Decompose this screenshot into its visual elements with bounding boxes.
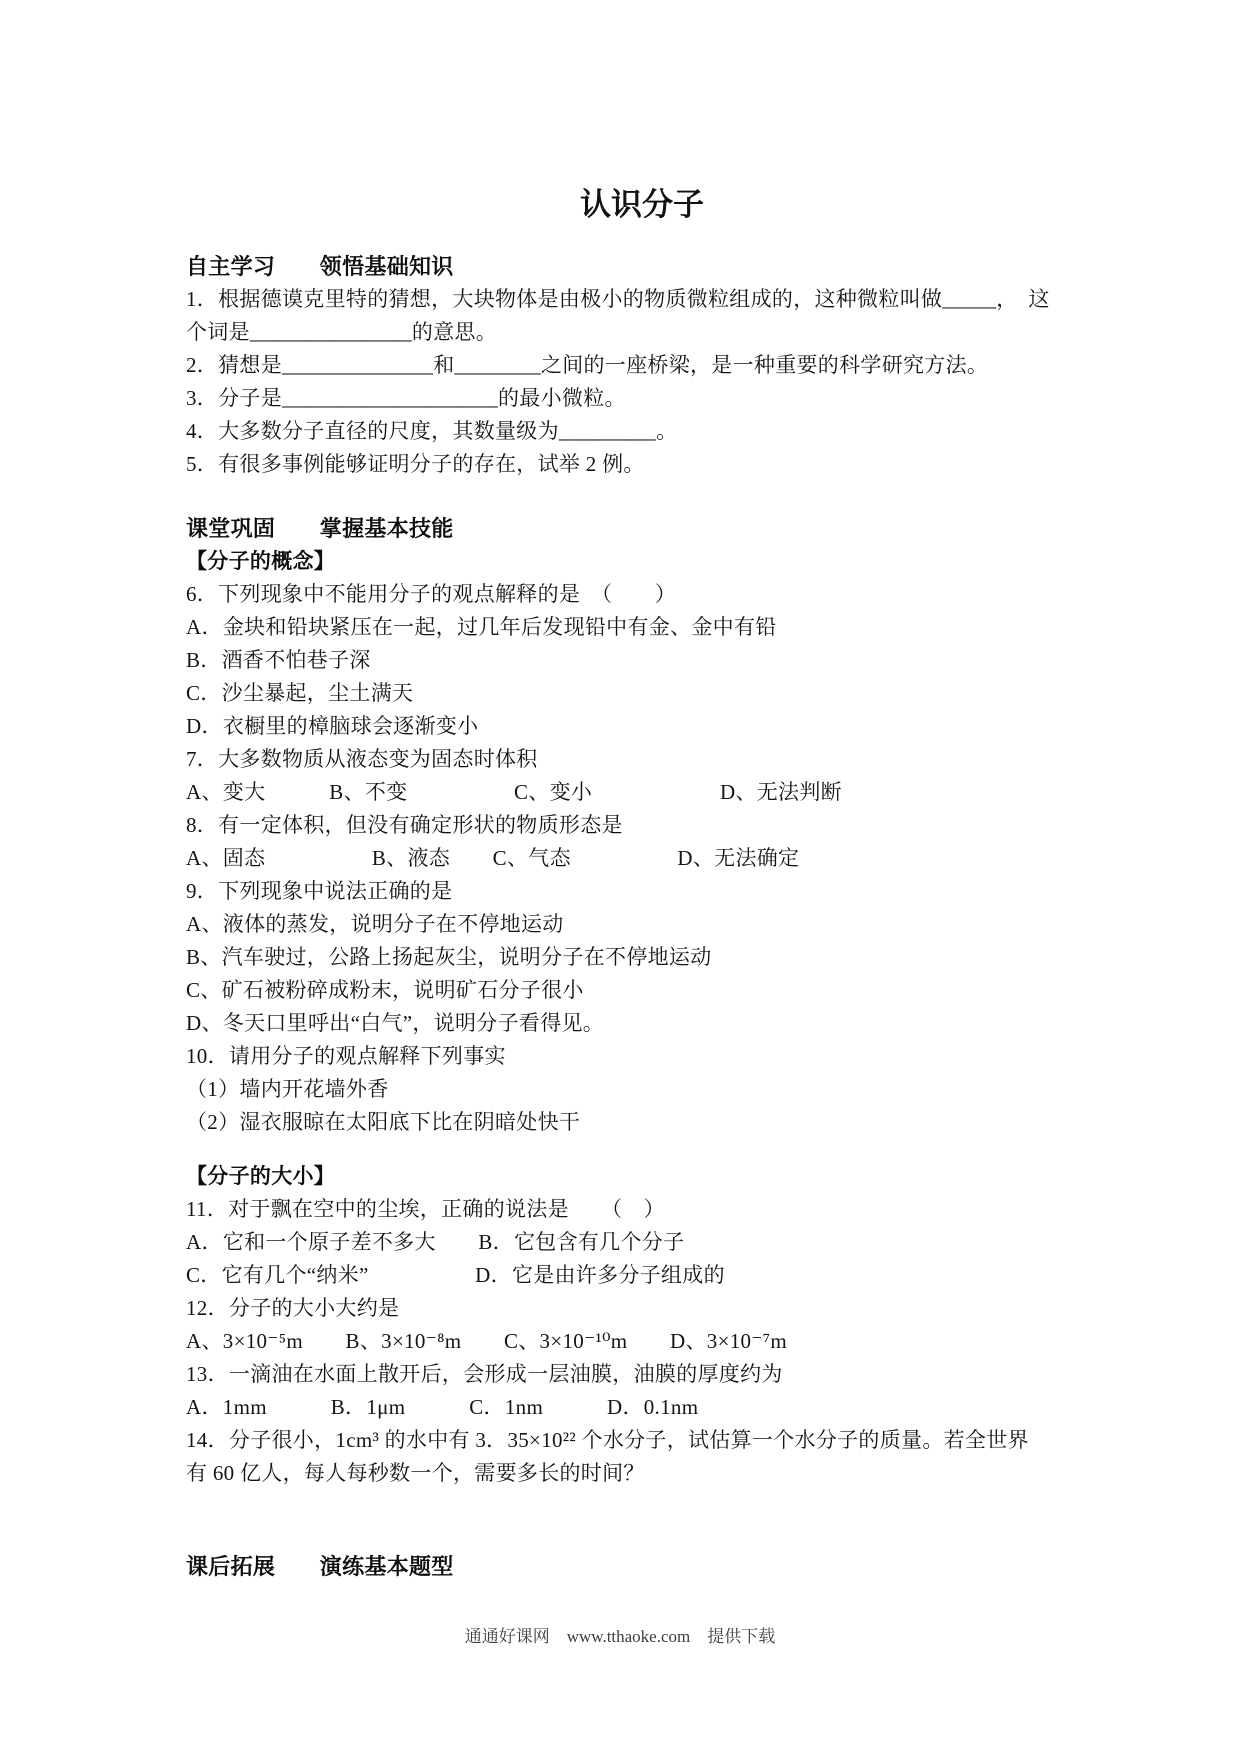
- question-11-options-cd: C．它有几个“纳米” D．它是由许多分子组成的: [186, 1259, 1116, 1292]
- question-5: 5．有很多事例能够证明分子的存在，试举 2 例。: [186, 448, 1116, 481]
- question-11-options-ab: A．它和一个原子差不多大 B．它包含有几个分子: [186, 1226, 1116, 1259]
- question-7-options: A、变大 B、不变 C、变小 D、无法判断: [186, 776, 1116, 809]
- section-heading-classroom: 课堂巩固 掌握基本技能: [186, 512, 1116, 545]
- section-heading-self-study: 自主学习 领悟基础知识: [186, 250, 1116, 283]
- page-title: 认识分子: [186, 184, 1098, 226]
- question-3: 3．分子是____________________的最小微粒。: [186, 382, 1116, 415]
- question-8-options: A、固态 B、液态 C、气态 D、无法确定: [186, 842, 1116, 875]
- question-9-option-d: D、冬天口里呼出“白气”，说明分子看得见。: [186, 1007, 1116, 1040]
- question-10: 10．请用分子的观点解释下列事实: [186, 1040, 1116, 1073]
- subsection-heading-molecule-concept: 【分子的概念】: [186, 545, 1116, 578]
- question-6: 6．下列现象中不能用分子的观点解释的是 （ ）: [186, 578, 1116, 611]
- section-molecule-size: 【分子的大小】 11．对于飘在空中的尘埃，正确的说法是 （ ） A．它和一个原子…: [186, 1160, 1116, 1490]
- subsection-heading-molecule-size: 【分子的大小】: [186, 1160, 1116, 1193]
- question-6-option-b: B．酒香不怕巷子深: [186, 644, 1116, 677]
- question-10-part-1: （1）墙内开花墙外香: [186, 1073, 1116, 1106]
- question-8: 8．有一定体积，但没有确定形状的物质形态是: [186, 809, 1116, 842]
- question-13: 13．一滴油在水面上散开后，会形成一层油膜，油膜的厚度约为: [186, 1358, 1116, 1391]
- question-2: 2．猜想是______________和________之间的一座桥梁，是一种重…: [186, 349, 1116, 382]
- question-9: 9．下列现象中说法正确的是: [186, 875, 1116, 908]
- question-1-line-1: 1．根据德谟克里特的猜想，大块物体是由极小的物质微粒组成的，这种微粒叫做____…: [186, 283, 1116, 316]
- footer-download-note: 通通好课网 www.tthaoke.com 提供下载: [0, 1624, 1240, 1650]
- section-self-study: 自主学习 领悟基础知识 1．根据德谟克里特的猜想，大块物体是由极小的物质微粒组成…: [186, 250, 1116, 481]
- question-9-option-a: A、液体的蒸发，说明分子在不停地运动: [186, 908, 1116, 941]
- question-6-option-d: D．衣橱里的樟脑球会逐渐变小: [186, 710, 1116, 743]
- question-7: 7．大多数物质从液态变为固态时体积: [186, 743, 1116, 776]
- question-14-line-2: 有 60 亿人，每人每秒数一个，需要多长的时间？: [186, 1457, 1116, 1490]
- question-9-option-c: C、矿石被粉碎成粉末，说明矿石分子很小: [186, 974, 1116, 1007]
- question-12: 12．分子的大小大约是: [186, 1292, 1116, 1325]
- question-4: 4．大多数分子直径的尺度，其数量级为_________。: [186, 415, 1116, 448]
- document-page: 认识分子 自主学习 领悟基础知识 1．根据德谟克里特的猜想，大块物体是由极小的物…: [0, 0, 1240, 1754]
- question-6-option-a: A．金块和铅块紧压在一起，过几年后发现铅中有金、金中有铅: [186, 611, 1116, 644]
- question-10-part-2: （2）湿衣服晾在太阳底下比在阴暗处快干: [186, 1106, 1116, 1139]
- section-after-class: 课后拓展 演练基本题型: [186, 1550, 1116, 1583]
- question-13-options: A．1mm B．1μm C．1nm D．0.1nm: [186, 1391, 1116, 1424]
- question-14-line-1: 14．分子很小，1cm³ 的水中有 3．35×10²² 个水分子，试估算一个水分…: [186, 1424, 1116, 1457]
- question-12-options: A、3×10⁻⁵m B、3×10⁻⁸m C、3×10⁻¹⁰m D、3×10⁻⁷m: [186, 1325, 1116, 1358]
- question-6-option-c: C．沙尘暴起，尘土满天: [186, 677, 1116, 710]
- question-1-line-2: 个词是_______________的意思。: [186, 316, 1116, 349]
- section-heading-after-class: 课后拓展 演练基本题型: [186, 1550, 1116, 1583]
- section-classroom: 课堂巩固 掌握基本技能 【分子的概念】 6．下列现象中不能用分子的观点解释的是 …: [186, 512, 1116, 1139]
- question-11: 11．对于飘在空中的尘埃，正确的说法是 （ ）: [186, 1193, 1116, 1226]
- question-9-option-b: B、汽车驶过，公路上扬起灰尘，说明分子在不停地运动: [186, 941, 1116, 974]
